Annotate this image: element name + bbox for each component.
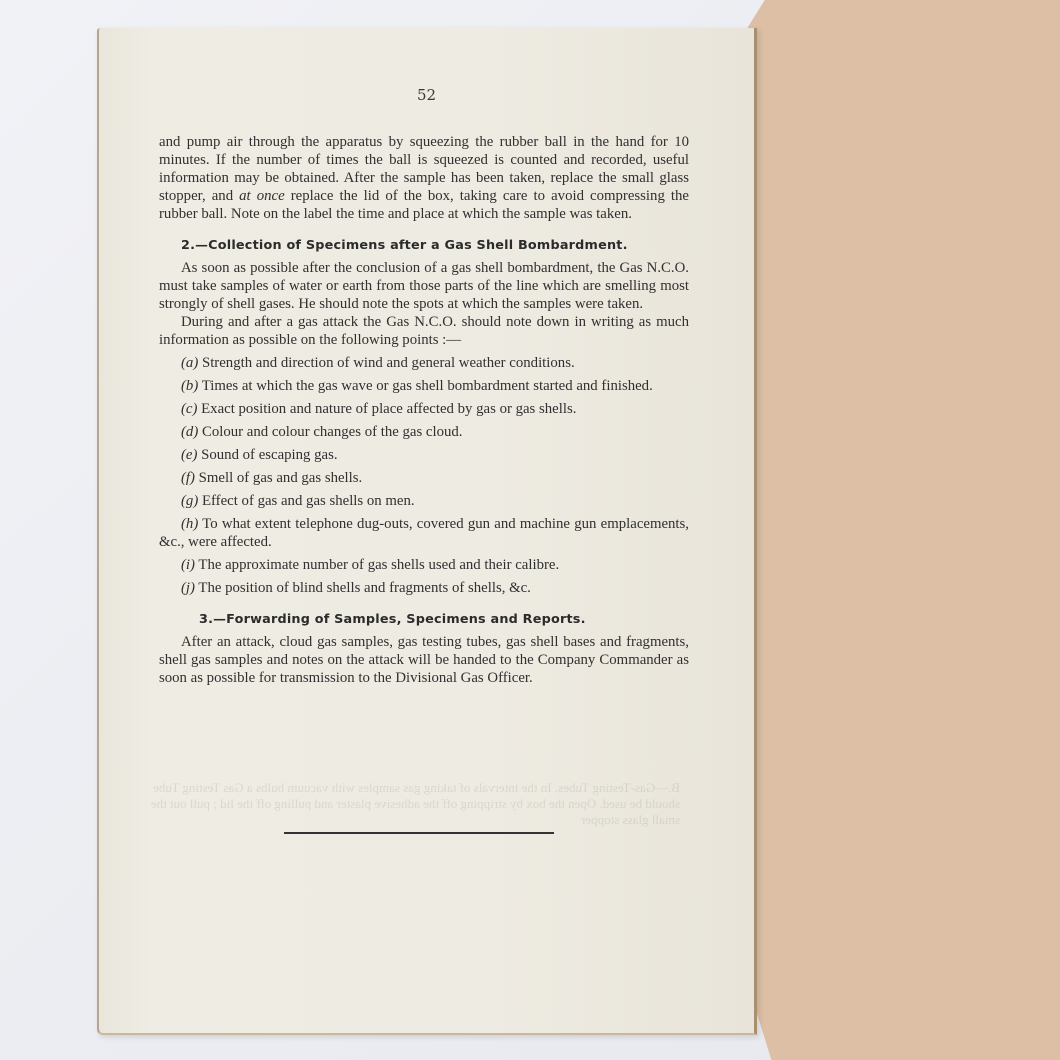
list-item: (f) Smell of gas and gas shells. <box>159 469 689 487</box>
list-item: (h) To what extent telephone dug-outs, c… <box>159 515 689 551</box>
end-rule-divider <box>284 832 554 834</box>
list-item: (g) Effect of gas and gas shells on men. <box>159 492 689 510</box>
page-body: and pump air through the apparatus by sq… <box>159 133 689 687</box>
list-item: (i) The approximate number of gas shells… <box>159 556 689 574</box>
booklet-page: 52 and pump air through the apparatus by… <box>97 28 757 1035</box>
list-item: (b) Times at which the gas wave or gas s… <box>159 377 689 395</box>
show-through-text: B.—Gas-Testing Tubes. In the intervals o… <box>150 780 680 828</box>
list-item: (c) Exact position and nature of place a… <box>159 400 689 418</box>
list-item: (a) Strength and direction of wind and g… <box>159 354 689 372</box>
booklet-back-cover <box>745 0 1060 1060</box>
section-3-heading: 3.—Forwarding of Samples, Specimens and … <box>199 611 689 629</box>
section-2-paragraph: During and after a gas attack the Gas N.… <box>159 313 689 349</box>
list-item: (j) The position of blind shells and fra… <box>159 579 689 597</box>
section-2-paragraph: As soon as possible after the conclusion… <box>159 259 689 313</box>
section-2-heading: 2.—Collection of Specimens after a Gas S… <box>181 237 689 255</box>
section-3-paragraph: After an attack, cloud gas samples, gas … <box>159 633 689 687</box>
emphasis: at once <box>239 188 285 204</box>
points-list: (a) Strength and direction of wind and g… <box>159 354 689 597</box>
list-item: (e) Sound of escaping gas. <box>159 446 689 464</box>
page-number: 52 <box>99 86 754 104</box>
list-item: (d) Colour and colour changes of the gas… <box>159 423 689 441</box>
intro-paragraph: and pump air through the apparatus by sq… <box>159 133 689 223</box>
